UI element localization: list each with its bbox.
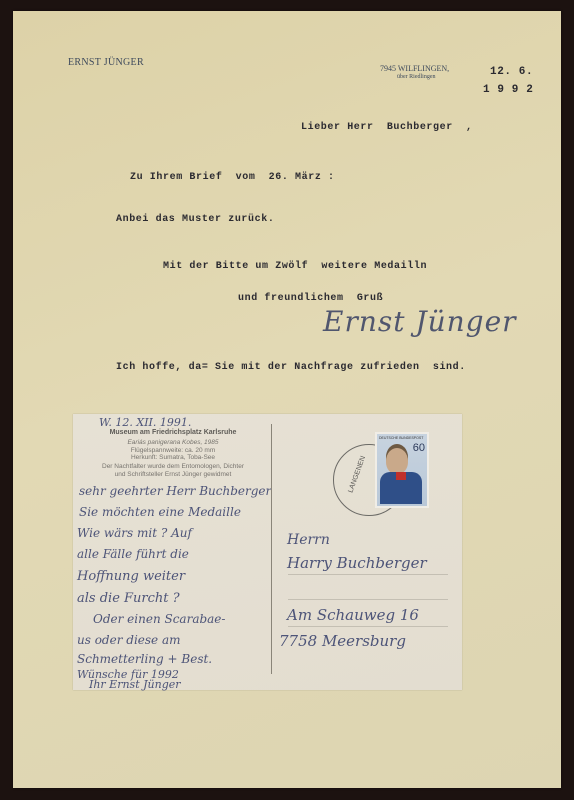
postcard-message-line: sehr geehrter Herr Buchberger — [79, 484, 271, 498]
letter-signature: Ernst Jünger — [323, 305, 517, 338]
postmark-text: LANGENEN — [347, 455, 367, 494]
letter-date-day-month: 12. 6. — [490, 66, 533, 78]
postcard-message-line: als die Furcht ? — [77, 591, 180, 606]
address-street: Am Schauweg 16 — [287, 606, 419, 624]
postcard-message-line: alle Fälle führt die — [77, 547, 189, 561]
letter-date-year: 1 9 9 2 — [483, 84, 533, 96]
address-salutation: Herrn — [287, 532, 330, 548]
stamp-value: 60 — [413, 442, 425, 454]
postcard-caption-line: Herkunft: Sumatra, Toba-See — [83, 454, 263, 461]
letterhead-address: 7945 WILFLINGEN, — [380, 64, 449, 73]
address-line — [288, 599, 448, 600]
postcard-message-line: us oder diese am — [77, 633, 181, 647]
postcard-caption-line: Eariás panigerana Kobes, 1985 — [83, 439, 263, 446]
letter-postscript: Ich hoffe, da= Sie mit der Nachfrage zuf… — [116, 362, 466, 373]
postcard-divider — [271, 424, 272, 674]
stamp-uniform-icon — [380, 472, 422, 504]
postcard-message-line: Schmetterling + Best. — [77, 652, 212, 666]
address-line — [288, 626, 448, 627]
postcard-caption-line: Flügelspannweite: ca. 20 mm — [83, 447, 263, 454]
postcard-caption-line: und Schriftsteller Ernst Jünger gewidmet — [83, 471, 263, 478]
postcard-message-line: Oder einen Scarabae- — [93, 612, 225, 626]
postcard-message-line: Sie möchten eine Medaille — [79, 505, 241, 519]
address-city: 7758 Meersburg — [279, 632, 406, 650]
letterhead-name: ERNST JÜNGER — [68, 57, 144, 68]
letter-sheet: ERNST JÜNGER 7945 WILFLINGEN, über Riedl… — [13, 11, 561, 788]
postcard-message-line: Hoffnung weiter — [77, 569, 185, 584]
postcard-caption-title: Museum am Friedrichsplatz Karlsruhe — [83, 429, 263, 436]
stamp-portrait-icon — [386, 448, 408, 474]
letter-line-3: Mit der Bitte um Zwölf weitere Medailln — [163, 261, 427, 272]
postcard-caption-line: Der Nachtfalter wurde dem Entomologen, D… — [83, 463, 263, 470]
letter-line-2: Anbei das Muster zurück. — [116, 214, 274, 225]
stamp-issuer: DEUTSCHE BUNDESPOST — [379, 436, 423, 440]
postcard: W. 12. XII. 1991. Museum am Friedrichspl… — [73, 414, 462, 690]
postage-stamp: DEUTSCHE BUNDESPOST 60 — [375, 432, 429, 508]
letter-salutation: Lieber Herr Buchberger , — [301, 122, 473, 133]
letter-line-1: Zu Ihrem Brief vom 26. März : — [130, 172, 335, 183]
postcard-date: W. 12. XII. 1991. — [99, 416, 191, 429]
address-name: Harry Buchberger — [287, 554, 427, 572]
postcard-signature: Ihr Ernst Jünger — [89, 678, 181, 691]
letter-line-4: und freundlichem Gruß — [238, 293, 383, 304]
postcard-message-line: Wie wärs mit ? Auf — [77, 526, 192, 540]
address-line — [288, 574, 448, 575]
letterhead-address-sub: über Riedlingen — [397, 74, 436, 80]
